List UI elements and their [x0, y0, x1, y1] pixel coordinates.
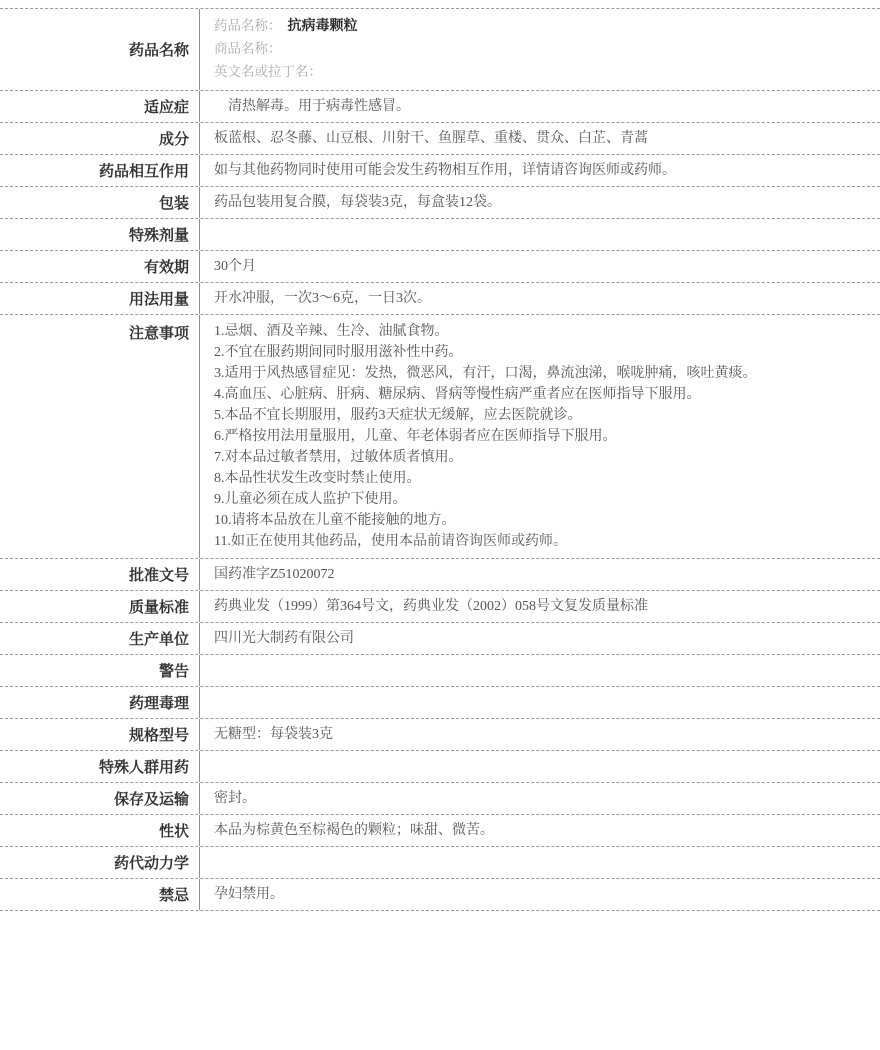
table-row: 注意事项1.忌烟、酒及辛辣、生冷、油腻食物。2.不宜在服药期间同时服用滋补性中药…	[0, 315, 880, 559]
row-label: 药代动力学	[0, 847, 200, 878]
row-label: 适应症	[0, 91, 200, 122]
table-row: 药理毒理	[0, 687, 880, 719]
field-key: 商品名称：	[214, 41, 282, 56]
table-row: 规格型号无糖型：每袋装3克	[0, 719, 880, 751]
value-text: 清热解毒。用于病毒性感冒。	[214, 96, 410, 117]
value-text: 无糖型：每袋装3克	[214, 724, 333, 745]
row-label: 特殊剂量	[0, 219, 200, 250]
table-row: 成分板蓝根、忍冬藤、山豆根、川射干、鱼腥草、重楼、贯众、白芷、青蒿	[0, 123, 880, 155]
note-item: 9.儿童必须在成人监护下使用。	[214, 489, 868, 510]
field-value: 抗病毒颗粒	[288, 19, 358, 34]
table-row: 包装药品包装用复合膜，每袋装3克，每盒装12袋。	[0, 187, 880, 219]
row-label: 包装	[0, 187, 200, 218]
note-item: 3.适用于风热感冒症见：发热，微恶风，有汗，口渴，鼻流浊涕，喉咙肿痛，咳吐黄痰。	[214, 363, 868, 384]
row-value: 板蓝根、忍冬藤、山豆根、川射干、鱼腥草、重楼、贯众、白芷、青蒿	[200, 123, 880, 154]
row-value: 本品为棕黄色至棕褐色的颗粒；味甜、微苦。	[200, 815, 880, 846]
row-value: 密封。	[200, 783, 880, 814]
row-value: 开水冲服，一次3～6克，一日3次。	[200, 283, 880, 314]
row-value: 1.忌烟、酒及辛辣、生冷、油腻食物。2.不宜在服药期间同时服用滋补性中药。3.适…	[200, 315, 880, 558]
note-item: 11.如正在使用其他药品，使用本品前请咨询医师或药师。	[214, 531, 868, 552]
note-item: 6.严格按用法用量服用，儿童、年老体弱者应在医师指导下服用。	[214, 426, 868, 447]
row-label: 质量标准	[0, 591, 200, 622]
row-label: 药理毒理	[0, 687, 200, 718]
table-row: 质量标准药典业发（1999）第364号文，药典业发（2002）058号文复发质量…	[0, 591, 880, 623]
row-value: 国药准字Z51020072	[200, 559, 880, 590]
value-text: 国药准字Z51020072	[214, 564, 335, 585]
note-item: 8.本品性状发生改变时禁止使用。	[214, 468, 868, 489]
row-value	[200, 751, 880, 782]
row-value	[200, 687, 880, 718]
table-row: 批准文号国药准字Z51020072	[0, 559, 880, 591]
value-text: 药品包装用复合膜，每袋装3克，每盒装12袋。	[214, 192, 501, 213]
value-text: 孕妇禁用。	[214, 884, 284, 905]
table-row: 药品相互作用如与其他药物同时使用可能会发生药物相互作用，详情请咨询医师或药师。	[0, 155, 880, 187]
row-value: 孕妇禁用。	[200, 879, 880, 910]
value-text: 药典业发（1999）第364号文，药典业发（2002）058号文复发质量标准	[214, 596, 648, 617]
row-label: 保存及运输	[0, 783, 200, 814]
row-label: 注意事项	[0, 315, 200, 558]
row-label: 用法用量	[0, 283, 200, 314]
field-key: 英文名或拉丁名：	[214, 64, 322, 79]
value-text: 密封。	[214, 788, 256, 809]
table-row: 特殊剂量	[0, 219, 880, 251]
table-row: 药代动力学	[0, 847, 880, 879]
row-value: 无糖型：每袋装3克	[200, 719, 880, 750]
row-label: 生产单位	[0, 623, 200, 654]
field-key: 药品名称：	[214, 18, 282, 33]
name-field-line: 药品名称：抗病毒颗粒	[214, 15, 868, 38]
table-row: 适应症 清热解毒。用于病毒性感冒。	[0, 91, 880, 123]
name-field-line: 英文名或拉丁名：	[214, 61, 868, 84]
row-label: 药品相互作用	[0, 155, 200, 186]
row-label: 禁忌	[0, 879, 200, 910]
row-value	[200, 655, 880, 686]
row-value: 如与其他药物同时使用可能会发生药物相互作用，详情请咨询医师或药师。	[200, 155, 880, 186]
row-label: 特殊人群用药	[0, 751, 200, 782]
note-item: 4.高血压、心脏病、肝病、糖尿病、肾病等慢性病严重者应在医师指导下服用。	[214, 384, 868, 405]
row-label: 批准文号	[0, 559, 200, 590]
row-value: 药品名称：抗病毒颗粒商品名称：英文名或拉丁名：	[200, 9, 880, 90]
row-value	[200, 847, 880, 878]
row-label: 性状	[0, 815, 200, 846]
value-text: 本品为棕黄色至棕褐色的颗粒；味甜、微苦。	[214, 820, 494, 841]
drug-info-table: 药品名称药品名称：抗病毒颗粒商品名称：英文名或拉丁名：适应症 清热解毒。用于病毒…	[0, 8, 880, 911]
row-value: 30个月	[200, 251, 880, 282]
value-text: 如与其他药物同时使用可能会发生药物相互作用，详情请咨询医师或药师。	[214, 160, 676, 181]
row-value: 药典业发（1999）第364号文，药典业发（2002）058号文复发质量标准	[200, 591, 880, 622]
table-row: 用法用量开水冲服，一次3～6克，一日3次。	[0, 283, 880, 315]
table-row: 性状本品为棕黄色至棕褐色的颗粒；味甜、微苦。	[0, 815, 880, 847]
table-row: 有效期30个月	[0, 251, 880, 283]
note-item: 1.忌烟、酒及辛辣、生冷、油腻食物。	[214, 321, 868, 342]
row-value: 四川光大制药有限公司	[200, 623, 880, 654]
table-row: 禁忌孕妇禁用。	[0, 879, 880, 911]
row-value: 药品包装用复合膜，每袋装3克，每盒装12袋。	[200, 187, 880, 218]
table-row: 保存及运输密封。	[0, 783, 880, 815]
value-text: 四川光大制药有限公司	[214, 628, 354, 649]
note-item: 5.本品不宜长期服用，服药3天症状无缓解，应去医院就诊。	[214, 405, 868, 426]
row-label: 药品名称	[0, 9, 200, 90]
note-item: 10.请将本品放在儿童不能接触的地方。	[214, 510, 868, 531]
row-label: 成分	[0, 123, 200, 154]
note-item: 7.对本品过敏者禁用，过敏体质者慎用。	[214, 447, 868, 468]
row-value	[200, 219, 880, 250]
row-label: 规格型号	[0, 719, 200, 750]
page: { "page": { "background": "#ffffff", "bo…	[0, 0, 880, 1050]
note-item: 2.不宜在服药期间同时服用滋补性中药。	[214, 342, 868, 363]
value-text: 开水冲服，一次3～6克，一日3次。	[214, 288, 431, 309]
name-field-line: 商品名称：	[214, 38, 868, 61]
table-row: 药品名称药品名称：抗病毒颗粒商品名称：英文名或拉丁名：	[0, 9, 880, 91]
table-row: 特殊人群用药	[0, 751, 880, 783]
table-row: 生产单位四川光大制药有限公司	[0, 623, 880, 655]
value-text: 板蓝根、忍冬藤、山豆根、川射干、鱼腥草、重楼、贯众、白芷、青蒿	[214, 128, 648, 149]
value-text: 30个月	[214, 256, 256, 277]
row-label: 警告	[0, 655, 200, 686]
row-value: 清热解毒。用于病毒性感冒。	[200, 91, 880, 122]
row-label: 有效期	[0, 251, 200, 282]
table-row: 警告	[0, 655, 880, 687]
